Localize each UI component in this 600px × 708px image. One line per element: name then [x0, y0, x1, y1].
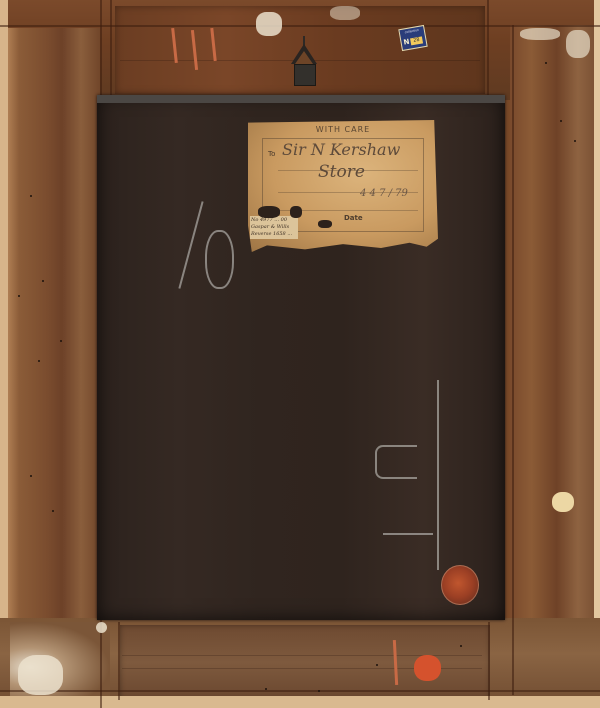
frame-joint: [118, 622, 120, 700]
nail-hole: [560, 120, 562, 122]
nail-hole: [376, 664, 378, 666]
label-header: WITH CARE: [248, 125, 438, 134]
shipping-label: WITH CARE To Sir N Kershaw Store 4 4 7 /…: [248, 120, 438, 252]
label-line2: Store: [318, 162, 365, 182]
chalk-line: [437, 380, 439, 570]
label-stain: [318, 220, 332, 228]
nail-hole: [38, 360, 40, 362]
frame-joint: [0, 690, 600, 692]
chalk-letter-a: [375, 445, 417, 479]
chalk-mark: [205, 230, 234, 289]
label-stamp: No 4977 ... 00 Gaspar & Wills Reverse 16…: [250, 216, 298, 239]
plaster-patch: [330, 6, 360, 20]
plaster-patch: [96, 622, 107, 633]
round-paper-label: [552, 492, 574, 512]
red-paint-spot: [414, 655, 441, 681]
label-date: Date: [344, 214, 363, 222]
nail-hole: [52, 510, 54, 512]
label-to-prefix: To: [268, 150, 275, 158]
stamp-line: No 4977 ... 00: [251, 217, 297, 224]
canvas-top-edge: [97, 95, 505, 103]
frame-joint: [0, 25, 600, 27]
hanger-plate: [294, 64, 316, 86]
frame-right-stile: [510, 25, 595, 690]
painting-back-photo: collection N 28 WITH CARE To Sir N Kersh…: [0, 0, 600, 708]
stamp-line: Gaspar & Wills: [251, 224, 297, 231]
frame-joint: [487, 0, 489, 100]
stamp-line: Reverse 1658 ...: [251, 231, 297, 238]
frame-joint: [512, 25, 514, 695]
label-addressee: Sir N Kershaw: [282, 140, 400, 159]
nail-hole: [60, 340, 62, 342]
label-line3: 4 4 7 / 79: [360, 188, 408, 199]
nail-hole: [30, 475, 32, 477]
label-stain: [290, 206, 302, 218]
plaster-patch: [520, 28, 560, 40]
frame-left-stile: [5, 28, 100, 688]
hanger-loop-inner: [295, 51, 313, 64]
nail-hole: [18, 295, 20, 297]
plaster-patch: [566, 30, 590, 58]
collection-sticker: collection N 28: [398, 25, 427, 51]
sticker-number: 28: [410, 36, 423, 45]
frame-left-edge: [0, 0, 8, 708]
nail-hole: [574, 140, 576, 142]
sticker-letter: N: [403, 38, 410, 47]
picture-hanger-icon: [291, 36, 317, 84]
sticker-top-text: collection: [401, 27, 423, 35]
wax-seal-icon: [441, 565, 479, 605]
label-stain: [258, 206, 280, 218]
frame-joint: [488, 622, 490, 700]
plaster-patch: [18, 655, 63, 695]
plaster-patch: [256, 12, 282, 36]
chalk-line: [383, 533, 433, 535]
nail-hole: [42, 280, 44, 282]
nail-hole: [460, 645, 462, 647]
frame-right-edge: [594, 0, 600, 708]
frame-joint: [110, 0, 112, 100]
nail-hole: [30, 195, 32, 197]
nail-hole: [318, 690, 320, 692]
frame-bottom-edge: [0, 696, 600, 708]
nail-hole: [545, 62, 547, 64]
nail-hole: [265, 688, 267, 690]
